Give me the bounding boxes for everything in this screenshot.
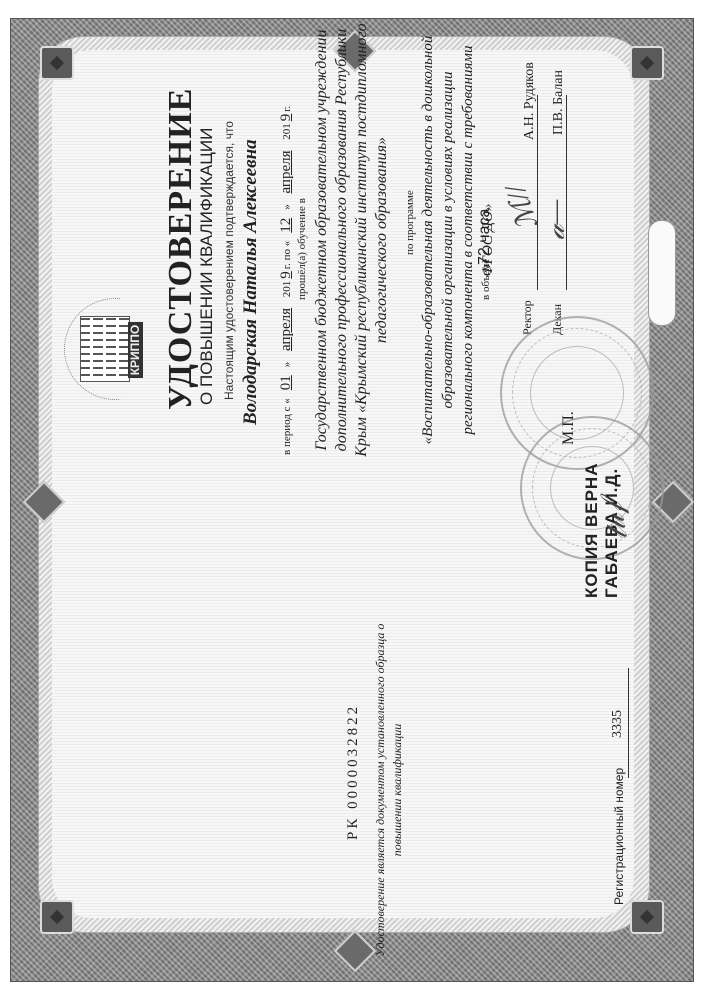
rector-signature: ℳ// <box>498 180 546 234</box>
period-mid: г. по « <box>281 241 293 269</box>
period-prefix: в период с « <box>281 398 293 455</box>
rector-name: А.Н. Рудяков <box>522 62 538 140</box>
volume-value: 72 часа <box>476 209 494 265</box>
completed-text: прошёл(а) обучение в <box>296 198 308 300</box>
period-from-year-suffix: 9 <box>278 269 294 281</box>
program-label: по программе <box>404 190 416 255</box>
certificate-title: УДОСТОВЕРЕНИЕ <box>162 88 200 410</box>
period-sep1: » <box>281 362 293 368</box>
institute-logo: КРИППО <box>70 300 146 400</box>
seal-label: М.П. <box>560 411 578 445</box>
period-from-day: 01 <box>278 367 294 398</box>
organization-name: Государственном бюджетном образовательно… <box>312 20 392 460</box>
certificate-content: КРИППО УДОСТОВЕРЕНИЕ О ПОВЫШЕНИИ КВАЛИФИ… <box>0 0 727 1000</box>
training-period: в период с «01» апреля 2019г. по «12» ап… <box>278 106 295 455</box>
period-sep2: » <box>281 204 293 210</box>
certificate-subtitle: О ПОВЫШЕНИИ КВАЛИФИКАЦИИ <box>197 128 217 405</box>
registration-line <box>628 668 629 778</box>
period-to-year-prefix: 201 <box>281 123 293 140</box>
building-icon <box>80 316 130 382</box>
period-end: г. <box>281 106 293 112</box>
logo-text: КРИППО <box>128 322 143 378</box>
holder-name: Володарская Наталья Алексеевна <box>240 139 262 425</box>
serial-note: Удостоверение является документом устано… <box>372 620 406 960</box>
registration-label: Регистрационный номер <box>612 768 626 905</box>
period-to-year-suffix: 9 <box>278 112 294 124</box>
dean-signature: 𝒶— <box>540 200 572 240</box>
period-to-month: апреля <box>278 143 294 202</box>
registration-number: 3335 <box>610 710 626 738</box>
confirms-text: Настоящим удостоверением подтверждается,… <box>222 121 236 400</box>
period-from-year-prefix: 201 <box>281 281 293 298</box>
copy-signature: 𝓉𝓊𝒻 <box>597 500 635 543</box>
period-from-month: апреля <box>278 300 294 359</box>
period-to-day: 12 <box>278 210 294 241</box>
dean-name: П.В. Балан <box>551 70 567 135</box>
serial-number: РК 0000032822 <box>345 704 362 840</box>
